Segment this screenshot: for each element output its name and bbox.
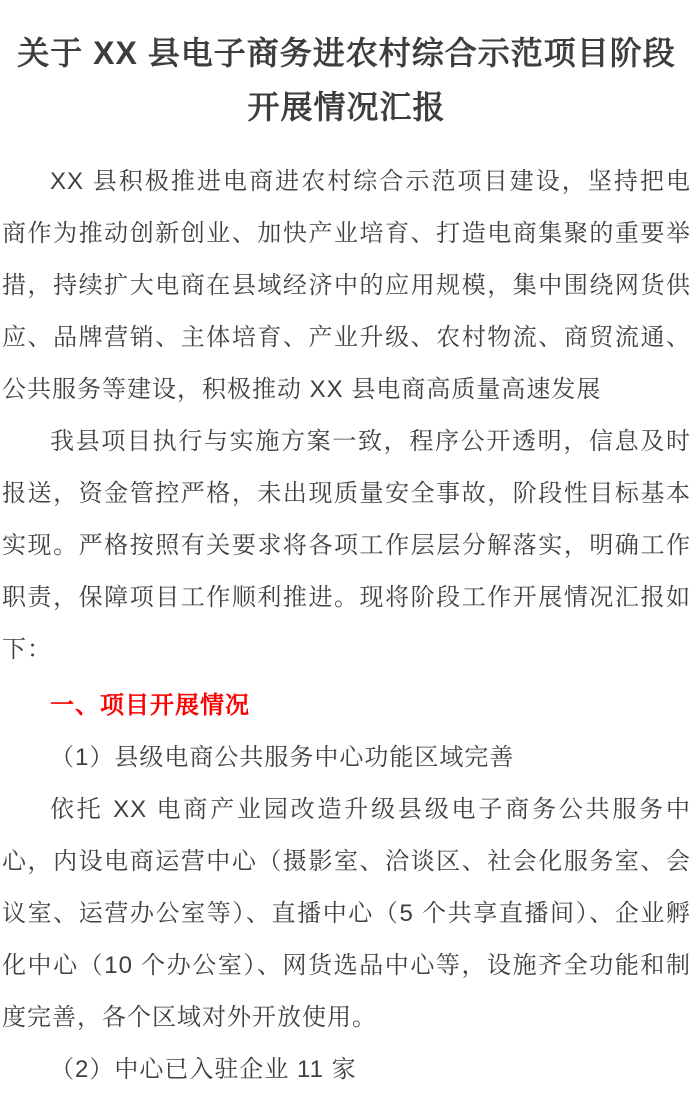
paragraph-summary: 我县项目执行与实施方案一致，程序公开透明，信息及时报送，资金管控严格，未出现质量… [2, 416, 691, 676]
sub-heading-enterprises: （2）中心已入驻企业 11 家 [2, 1044, 691, 1096]
section-heading-project-progress: 一、项目开展情况 [2, 680, 691, 732]
paragraph-service-center-detail: 依托 XX 电商产业园改造升级县级电子商务公共服务中心，内设电商运营中心（摄影室… [2, 784, 691, 1044]
document-title: 关于 XX 县电子商务进农村综合示范项目阶段开展情况汇报 [2, 26, 691, 134]
paragraph-intro: XX 县积极推进电商进农村综合示范项目建设，坚持把电商作为推动创新创业、加快产业… [2, 156, 691, 416]
document-page: 关于 XX 县电子商务进农村综合示范项目阶段开展情况汇报 XX 县积极推进电商进… [0, 0, 693, 1097]
sub-heading-service-center: （1）县级电商公共服务中心功能区域完善 [2, 732, 691, 784]
